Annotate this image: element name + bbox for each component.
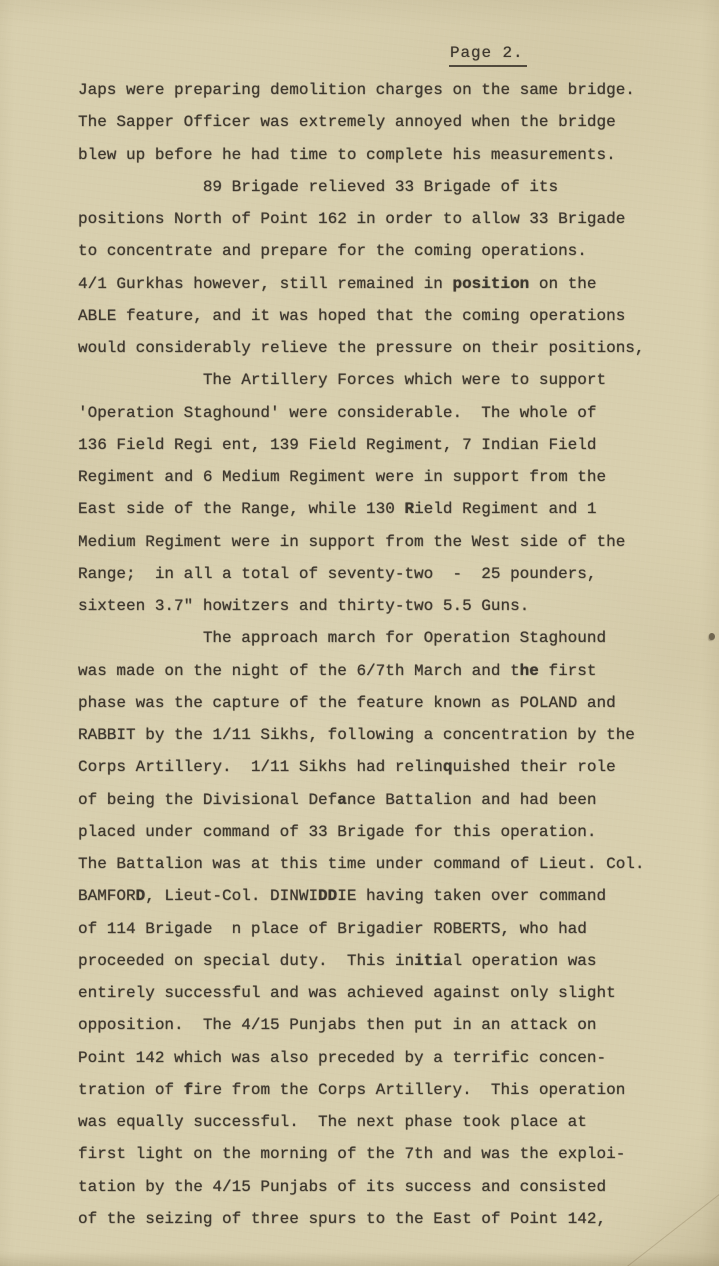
text-line: positions North of Point 162 in order to… — [78, 203, 709, 235]
text-line: 136 Field Regi ent, 139 Field Regiment, … — [78, 429, 709, 461]
text-line: first light on the morning of the 7th an… — [78, 1138, 709, 1170]
text-line: 'Operation Staghound' were considerable.… — [78, 397, 709, 429]
text-line: Corps Artillery. 1/11 Sikhs had relinqui… — [78, 751, 709, 783]
text-line: of 114 Brigade n place of Brigadier ROBE… — [78, 913, 709, 945]
text-line: Japs were preparing demolition charges o… — [78, 74, 709, 106]
text-line: The Sapper Officer was extremely annoyed… — [78, 106, 709, 138]
text-line: of the seizing of three spurs to the Eas… — [78, 1203, 709, 1235]
text-line: Medium Regiment were in support from the… — [78, 526, 709, 558]
text-line: of being the Divisional Defance Battalio… — [78, 784, 709, 816]
text-line: The Artillery Forces which were to suppo… — [78, 364, 709, 396]
text-line: opposition. The 4/15 Punjabs then put in… — [78, 1009, 709, 1041]
text-line: Point 142 which was also preceded by a t… — [78, 1042, 709, 1074]
text-line: entirely successful and was achieved aga… — [78, 977, 709, 1009]
text-line: tation by the 4/15 Punjabs of its succes… — [78, 1171, 709, 1203]
text-line: tration of fire from the Corps Artillery… — [78, 1074, 709, 1106]
text-lines: Japs were preparing demolition charges o… — [78, 74, 709, 1235]
text-line: was made on the night of the 6/7th March… — [78, 655, 709, 687]
text-line: to concentrate and prepare for the comin… — [78, 235, 709, 267]
text-line: proceeded on special duty. This initial … — [78, 945, 709, 977]
text-line: phase was the capture of the feature kno… — [78, 687, 709, 719]
text-line: blew up before he had time to complete h… — [78, 139, 709, 171]
text-line: 4/1 Gurkhas however, still remained in p… — [78, 268, 709, 300]
text-line: was equally successful. The next phase t… — [78, 1106, 709, 1138]
text-line: The Battalion was at this time under com… — [78, 848, 709, 880]
text-line: placed under command of 33 Brigade for t… — [78, 816, 709, 848]
text-line: Range; in all a total of seventy-two - 2… — [78, 558, 709, 590]
text-line: East side of the Range, while 130 Rield … — [78, 493, 709, 525]
ink-speck — [709, 633, 715, 640]
text-line: would considerably relieve the pressure … — [78, 332, 709, 364]
document-page: Page 2. Japs were preparing demolition c… — [0, 0, 719, 1266]
text-line: ABLE feature, and it was hoped that the … — [78, 300, 709, 332]
text-line: sixteen 3.7" howitzers and thirty-two 5.… — [78, 590, 709, 622]
text-line: RABBIT by the 1/11 Sikhs, following a co… — [78, 719, 709, 751]
page-number-heading: Page 2. — [449, 44, 527, 67]
text-line: Regiment and 6 Medium Regiment were in s… — [78, 461, 709, 493]
text-line: The approach march for Operation Staghou… — [78, 622, 709, 654]
text-line: 89 Brigade relieved 33 Brigade of its — [78, 171, 709, 203]
text-line: BAMFORD, Lieut-Col. DINWIDDIE having tak… — [78, 880, 709, 912]
